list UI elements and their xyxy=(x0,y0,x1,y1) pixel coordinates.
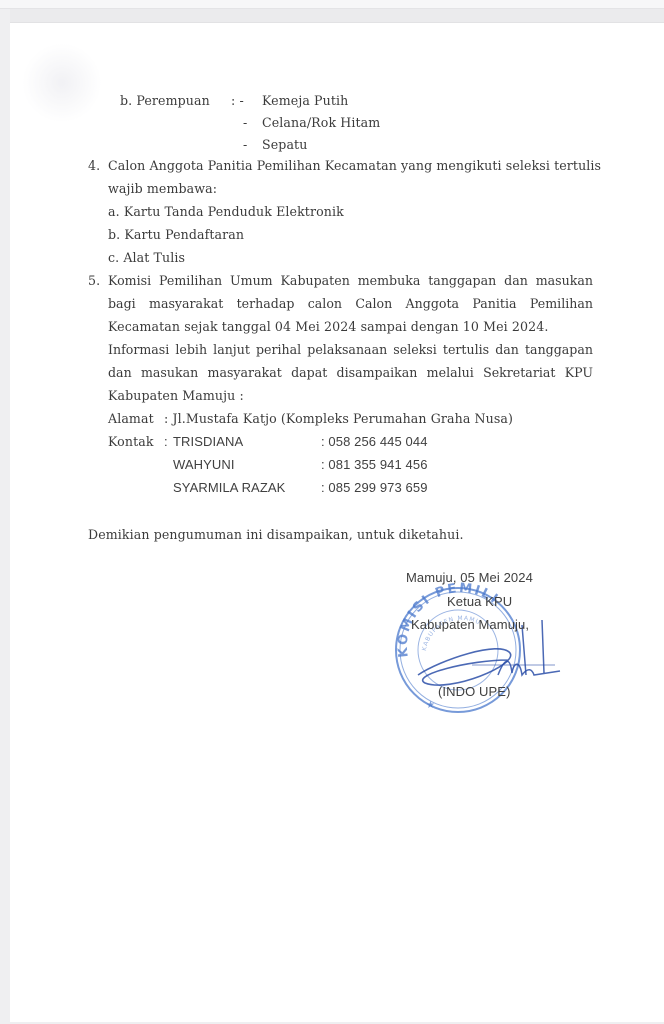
item-5-line: Kecamatan sejak tanggal 04 Mei 2024 samp… xyxy=(108,319,548,335)
signature-title-line1: Ketua KPU xyxy=(447,594,512,610)
signatory-name: (INDO UPE) xyxy=(438,684,511,700)
contact-phone: : 081 355 941 456 xyxy=(321,457,428,473)
item-5-info-line: Kabupaten Mamuju : xyxy=(108,388,244,404)
contact-label: Kontak xyxy=(108,434,154,450)
svg-text:★: ★ xyxy=(426,700,435,711)
status-bar-area xyxy=(0,0,664,9)
contact-name: WAHYUNI xyxy=(173,457,235,473)
item-5-number: 5. xyxy=(88,273,100,289)
address-label: Alamat xyxy=(108,411,154,427)
scan-smudge xyxy=(22,43,102,123)
contact-name: SYARMILA RAZAK xyxy=(173,480,285,496)
dress-item: Celana/Rok Hitam xyxy=(262,115,380,131)
contact-phone: : 085 299 973 659 xyxy=(321,480,428,496)
item-4-sub-item: c. Alat Tulis xyxy=(108,250,185,266)
dress-item: Sepatu xyxy=(262,137,307,153)
item-5-line: bagi masyarakat terhadap calon Calon Ang… xyxy=(108,296,593,312)
item-4-number: 4. xyxy=(88,158,100,174)
dress-bullet: - xyxy=(243,137,247,153)
item-5-info-line: Informasi lebih lanjut perihal pelaksana… xyxy=(108,342,593,358)
item-5-info-line: dan masukan masyarakat dapat disampaikan… xyxy=(108,365,593,381)
item-4-line: wajib membawa: xyxy=(108,181,217,197)
dress-bullet: - xyxy=(243,115,247,131)
section-3b-separator: : - xyxy=(231,93,244,109)
signature-title-line2: Kabupaten Mamuju, xyxy=(411,617,529,633)
item-4-sub-item: a. Kartu Tanda Penduduk Elektronik xyxy=(108,204,344,220)
contact-prefix: : xyxy=(164,434,168,450)
section-3b-label: b. Perempuan xyxy=(120,93,210,109)
item-4-line: Calon Anggota Panitia Pemilihan Kecamata… xyxy=(108,158,601,174)
signature-place-date: Mamuju, 05 Mei 2024 xyxy=(406,570,533,586)
contact-name: TRISDIANA xyxy=(173,434,243,450)
contact-phone: : 058 256 445 044 xyxy=(321,434,428,450)
item-4-sub-item: b. Kartu Pendaftaran xyxy=(108,227,244,243)
item-5-line: Komisi Pemilihan Umum Kabupaten membuka … xyxy=(108,273,593,289)
address-value: : Jl.Mustafa Katjo (Kompleks Perumahan G… xyxy=(164,411,513,427)
closing-statement: Demikian pengumuman ini disampaikan, unt… xyxy=(88,527,464,543)
viewer-toolbar xyxy=(10,9,664,23)
dress-item: Kemeja Putih xyxy=(262,93,348,109)
